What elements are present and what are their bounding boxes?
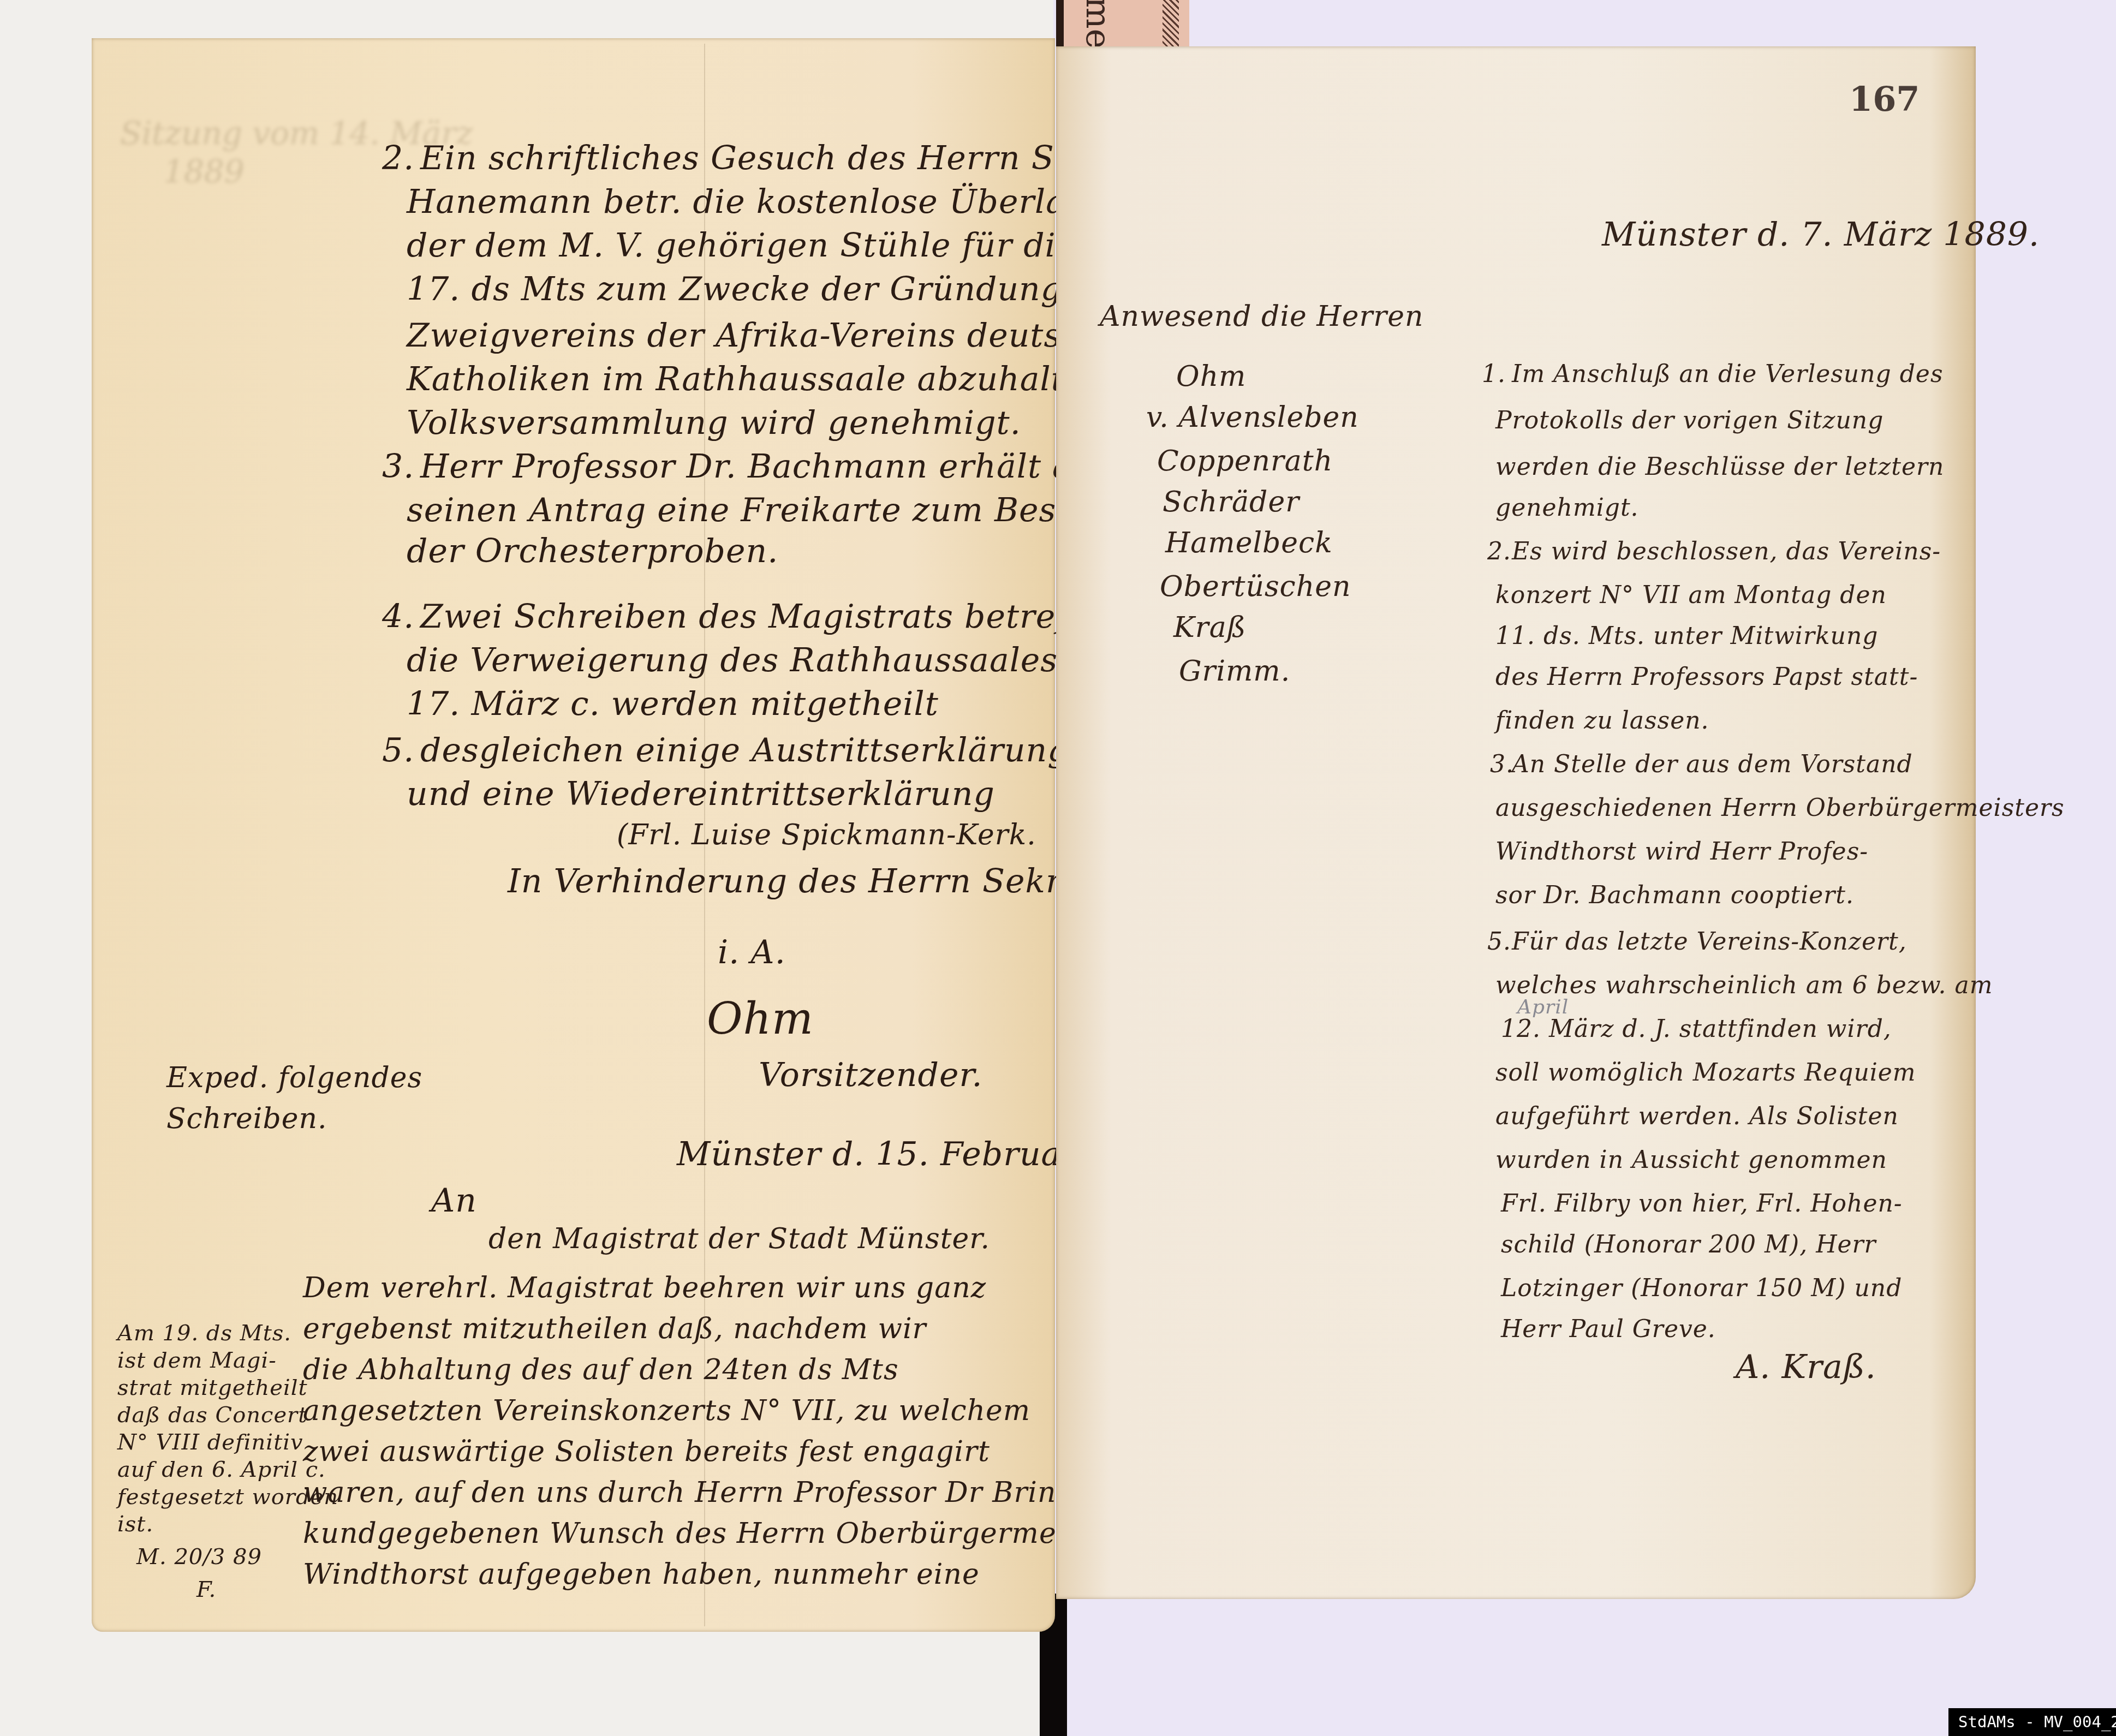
minutes-line: genehmigt. [1495, 494, 1639, 522]
minutes-line: der dem M. V. gehörigen Stühle für die a… [407, 226, 1139, 265]
minutes-line: 17. März c. werden mitgetheilt [407, 685, 939, 723]
minutes-line: Frl. Filbry von hier, Frl. Hohen- [1501, 1190, 1903, 1218]
minutes-line: 17. ds Mts zum Zwecke der Gründung eines [407, 270, 1163, 308]
minutes-line: Windthorst wird Herr Profes- [1495, 838, 1868, 866]
attendee: v. Alvensleben [1146, 401, 1359, 434]
margin-note-reply: ist dem Magi- [117, 1348, 277, 1373]
attendee: Obertüschen [1160, 570, 1351, 603]
minutes-line: welches wahrscheinlich am 6 bezw. am [1495, 971, 1993, 999]
letter-line: Windthorst aufgegeben haben, nunmehr ein… [303, 1558, 980, 1591]
letter-recipient: den Magistrat der Stadt Münster. [488, 1222, 990, 1255]
minutes-line: und eine Wiedereintrittserklärung [407, 775, 995, 813]
letter-line: die Abhaltung des auf den 24ten ds Mts [303, 1353, 899, 1386]
spine-pattern [1163, 0, 1179, 49]
bleedthrough-text: 1889 [164, 153, 245, 190]
minutes-line: ausgeschiedenen Herrn Oberbürgermeisters [1495, 794, 2065, 822]
minutes-line: finden zu lassen. [1495, 707, 1709, 735]
minutes-line: Herr Professor Dr. Bachmann erhält auf [420, 448, 1107, 486]
item-number: 2. [382, 139, 414, 177]
letter-line: Dem verehrl. Magistrat beehren wir uns g… [303, 1272, 986, 1304]
minutes-line: werden die Beschlüsse der letztern [1495, 453, 1944, 481]
margin-note-reply-initial: F. [196, 1577, 216, 1602]
secretary-signature: A. Kraß. [1736, 1348, 1876, 1386]
minutes-line: wurden in Aussicht genommen [1495, 1146, 1887, 1174]
meeting-place-date: Münster d. 7. März 1889. [1602, 216, 2040, 254]
minutes-line: Protokolls der vorigen Sitzung [1495, 407, 1883, 434]
spine-label-text: me [1078, 0, 1118, 49]
margin-note-reply: N° VIII definitiv [117, 1430, 303, 1455]
item-number: 4. [382, 598, 414, 636]
margin-note-reply-date: M. 20/3 89 [136, 1544, 262, 1570]
minutes-line: des Herrn Professors Papst statt- [1495, 663, 1918, 691]
minutes-line: 12. März d. J. stattfinden wird, [1501, 1015, 1892, 1043]
minutes-line: Herr Paul Greve. [1501, 1315, 1716, 1343]
minutes-line: der Orchesterproben. [407, 532, 778, 570]
minutes-line: Zweigvereins der Afrika-Vereins deutsche… [407, 317, 1138, 355]
item-number: 2. [1487, 538, 1511, 565]
attendee: Coppenrath [1157, 445, 1333, 478]
margin-note-reply: Am 19. ds Mts. [117, 1321, 291, 1346]
margin-note-reply: daß das Concert [117, 1403, 307, 1428]
margin-note-reply: strat mitgetheilt [117, 1375, 308, 1400]
attendee: Schräder [1163, 486, 1300, 518]
attendee: Hamelbeck [1165, 527, 1333, 559]
margin-note-expedition: Schreiben. [166, 1102, 327, 1135]
chairman-title: Vorsitzender. [759, 1056, 983, 1094]
margin-note-expedition: Exped. folgendes [166, 1061, 422, 1094]
item-number: 3. [382, 448, 414, 486]
item-number: 5. [1487, 928, 1511, 956]
minutes-line: Zwei Schreiben des Magistrats betreffend [420, 598, 1144, 636]
minutes-line: seinen Antrag eine Freikarte zum Besuche [407, 491, 1139, 529]
item-number: 3. [1490, 750, 1514, 778]
minutes-line: (Frl. Luise Spickmann-Kerk. [617, 819, 1036, 851]
letter-line: kundgegebenen Wunsch des Herrn Oberbürge… [303, 1517, 1140, 1550]
minutes-line: Volksversammlung wird genehmigt. [407, 404, 1021, 442]
minutes-line: desgleichen einige Austrittserklärungen [420, 731, 1111, 769]
margin-note-reply: festgesetzt worden [117, 1484, 338, 1510]
letter-line: waren, auf den uns durch Herrn Professor… [303, 1476, 1075, 1509]
minutes-line: Katholiken im Rathhaussaale abzuhaltende [407, 360, 1148, 398]
attendee: Ohm [1176, 360, 1246, 393]
minutes-line: 11. ds. Mts. unter Mitwirkung [1495, 622, 1878, 650]
minutes-line: Im Anschluß an die Verlesung des [1512, 360, 1943, 388]
letter-line: angesetzten Vereinskonzerts N° VII, zu w… [303, 1394, 1030, 1427]
archive-reference-label: StdAMs - MV_004_215 [1948, 1708, 2116, 1736]
letter-salutation-prefix: An [431, 1182, 477, 1220]
minutes-line: schild (Honorar 200 M), Herr [1501, 1231, 1876, 1258]
chairman-signature: Ohm [707, 993, 814, 1044]
attendee: Grimm. [1179, 655, 1290, 688]
minutes-line: die Verweigerung des Rathhaussaales am [407, 641, 1120, 679]
minutes-line: Lotzinger (Honorar 150 M) und [1501, 1274, 1902, 1302]
minutes-line: Hanemann betr. die kostenlose Überlassun… [407, 183, 1165, 221]
minutes-line: konzert N° VII am Montag den [1495, 581, 1887, 609]
letter-line: zwei auswärtige Solisten bereits fest en… [303, 1435, 990, 1468]
letter-line: ergebenst mitzutheilen daß, nachdem wir [303, 1313, 926, 1345]
closing-abbrev: i. A. [718, 933, 786, 971]
item-number: 1. [1482, 360, 1506, 388]
minutes-line: Für das letzte Vereins-Konzert, [1512, 928, 1907, 956]
minutes-line: aufgeführt werden. Als Solisten [1495, 1102, 1899, 1130]
minutes-line: sor Dr. Bachmann cooptiert. [1495, 881, 1854, 909]
attendee: Kraß [1173, 611, 1246, 644]
minutes-line: soll womöglich Mozarts Requiem [1495, 1059, 1916, 1087]
margin-note-reply: ist. [117, 1512, 153, 1537]
page-number: 167 [1849, 79, 1920, 119]
attendance-header: Anwesend die Herren [1100, 300, 1423, 333]
margin-note-reply: auf den 6. April c. [117, 1457, 326, 1482]
minutes-line: Es wird beschlossen, das Vereins- [1512, 538, 1941, 565]
item-number: 5. [382, 731, 414, 769]
minutes-line: An Stelle der aus dem Vorstand [1512, 750, 1913, 778]
